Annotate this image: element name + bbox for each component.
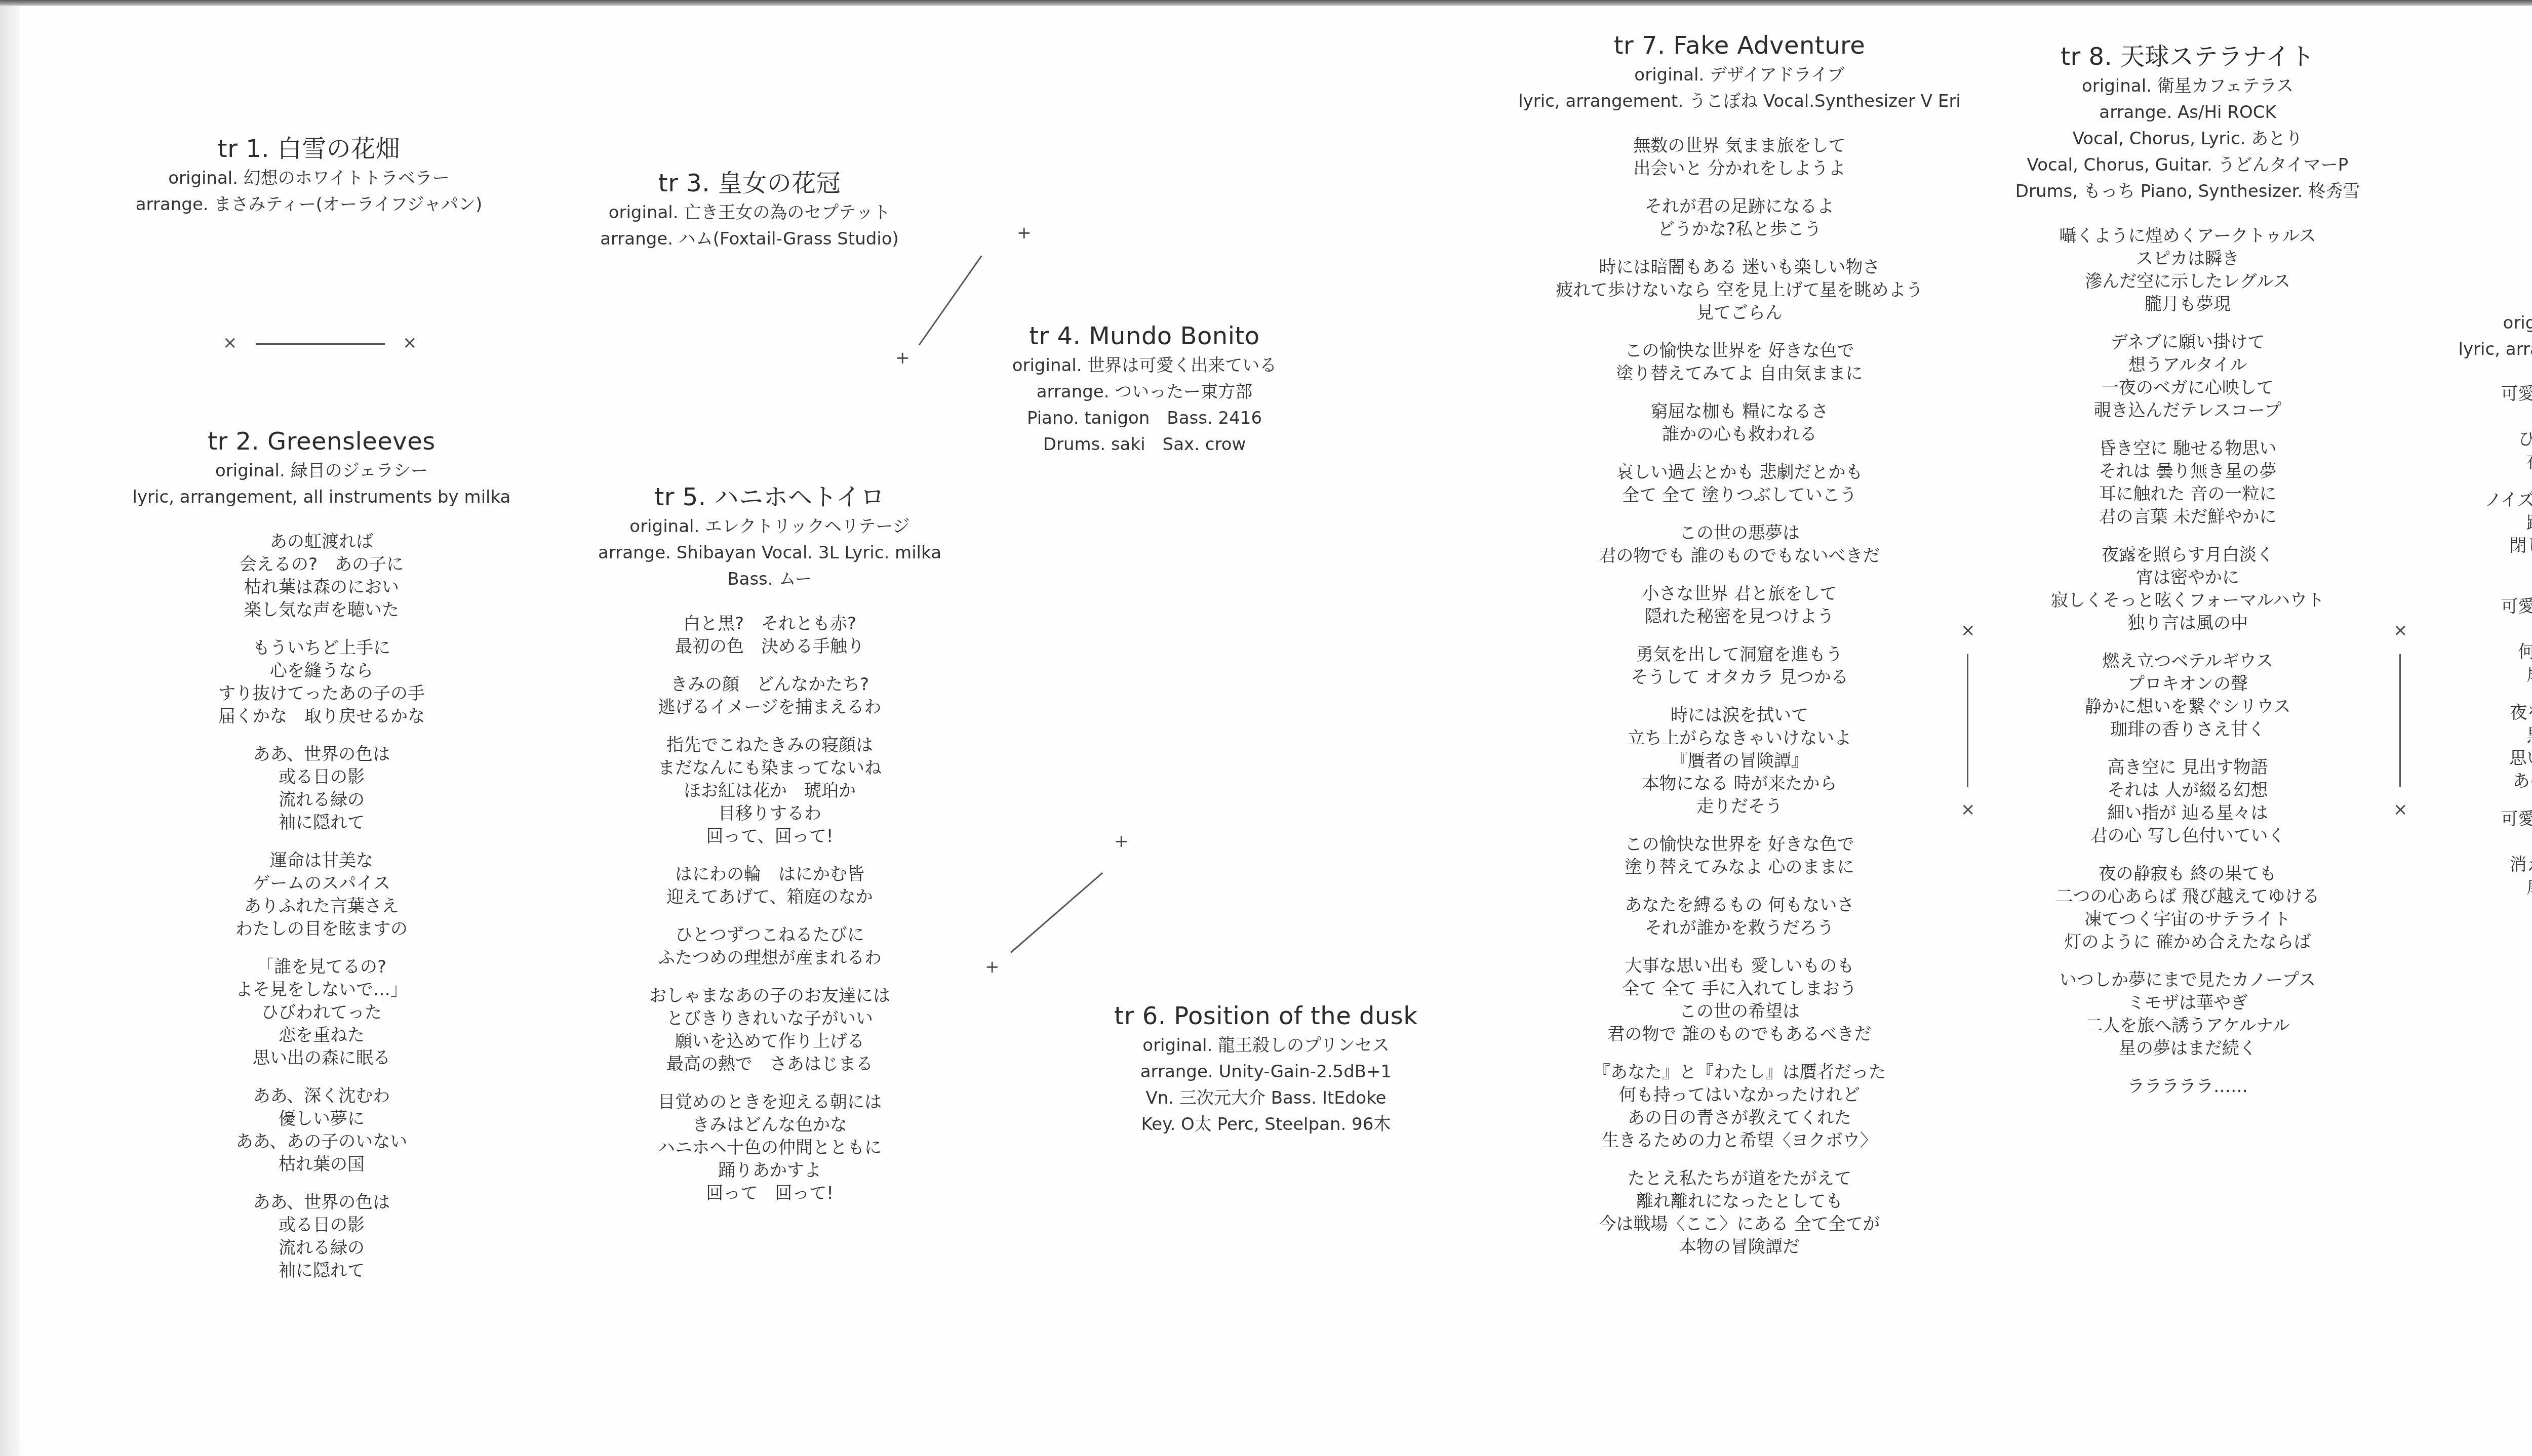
cross-mark: × — [223, 334, 238, 351]
lyric-line: 可愛いあの子の 我が儘ばかりのあの子の — [2436, 595, 2532, 618]
track-credit: original. エレクトリックヘリテージ — [587, 513, 952, 540]
lyric-stanza: ああ、世界の色は或る日の影流れる緑の袖に隠れて — [101, 1191, 542, 1282]
lyric-line: 君の物で 誰のものでもあるべきだ — [1514, 1023, 1965, 1046]
lyric-line: 大事な思い出も 愛しいものも — [1514, 955, 1965, 978]
lyric-stanza: ひとつずつこねるたびにふたつめの理想が産まれるわ — [587, 924, 952, 969]
lyric-line: 回って、回って! — [587, 825, 952, 848]
lyric-line: 袖に隠れて — [101, 812, 542, 834]
lyric-line: 細い指が 辿る星々は — [2005, 802, 2370, 825]
track-credit: arrange. As/Hi ROCK — [2005, 99, 2370, 126]
lyric-stanza: この愉快な世界を 好きな色で塗り替えてみてよ 自由気ままに — [1514, 340, 1965, 385]
lyric-stanza: あの虹渡れば会えるの? あの子に枯れ葉は森のにおい楽し気な声を聴いた — [101, 531, 542, 622]
lyric-stanza: 目覚めのときを迎える朝にはきみはどんな色かなハニホヘ十色の仲間とともに踊りあかす… — [587, 1091, 952, 1205]
lyric-line: 届くかな 取り戻せるかな — [101, 705, 542, 728]
track-credit: arrange. ハム(Foxtail-Grass Studio) — [582, 226, 917, 252]
track-6: tr 6. Position of the duskoriginal. 龍王殺し… — [1104, 1000, 1428, 1138]
lyric-line: 可愛いあの子の 我が儘ばかりのあの子の — [2436, 383, 2532, 406]
lyric-line: 流れる緑の — [101, 1237, 542, 1260]
lyric-line: すり抜けてったあの子の手 — [101, 682, 542, 705]
cross-mark: × — [1961, 622, 1975, 639]
lyric-line: きみはどんな色かな — [587, 1114, 952, 1137]
vertical-line — [2399, 654, 2401, 787]
lyric-line: 扉は開かない いつまでも開かない — [2436, 664, 2532, 686]
track-credit: arrange. Unity-Gain-2.5dB+1 — [1104, 1059, 1428, 1085]
lyric-line: ハニホヘ十色の仲間とともに — [587, 1137, 952, 1159]
lyric-line: 流れる緑の — [101, 789, 542, 812]
lyric-line: ノイズ交じりのラジオと 右に崩れたコバルト — [2436, 489, 2532, 512]
lyric-line: 時には涙を拭いて — [1514, 704, 1965, 727]
lyric-line: それが誰かを救うだろう — [1514, 917, 1965, 940]
lyric-line: まだなんにも染まってないね — [587, 757, 952, 780]
lyric-line: 立ち上がらなきゃいけないよ — [1514, 727, 1965, 750]
lyric-line: 全て 全て 塗りつぶしていこう — [1514, 484, 1965, 507]
cross-mark: × — [2393, 622, 2408, 639]
lyric-line: 君の物でも 誰のものでもないべきだ — [1514, 545, 1965, 568]
lyric-line: 静かに想いを繋ぐシリウス — [2005, 696, 2370, 718]
lyric-line: ふたつめの理想が産まれるわ — [587, 947, 952, 969]
lyric-line: 夜露を照らす月白淡く — [2005, 544, 2370, 567]
lyric-stanza: 小さな世界 君と旅をして隠れた秘密を見つけよう — [1514, 583, 1965, 628]
lyric-line: 朧月も夢現 — [2005, 293, 2370, 316]
lyric-line: 楽し気な声を聴いた — [101, 599, 542, 622]
track-credit: original. 幻想のホワイトトラベラー — [76, 165, 542, 191]
lyric-line: 思い出の森に眠る — [101, 1047, 542, 1070]
lyric-line: 寂しくそっと呟くフォーマルハウト — [2005, 589, 2370, 612]
lyric-line: 跳ねた鼓動に合わせて 破れた沈黙 — [2436, 512, 2532, 535]
lyric-stanza: 高き空に 見出す物語それは 人が綴る幻想細い指が 辿る星々は君の心 写し色付いて… — [2005, 756, 2370, 847]
lyric-line: 君の言葉 未だ鮮やかに — [2005, 506, 2370, 529]
lyric-stanza: あなたを縛るもの 何もないさそれが誰かを救うだろう — [1514, 894, 1965, 940]
lyric-stanza: 時には暗闇もある 迷いも楽しい物さ疲れて歩けないなら 空を見上げて星を眺めよう見… — [1514, 256, 1965, 325]
track-credit: Drums. saki Sax. crow — [982, 431, 1307, 458]
lyric-line: 滲んだ空に示したレグルス — [2005, 270, 2370, 293]
lyric-stanza: 「誰を見てるの?よそ見をしないで…」ひびわれてった恋を重ねた思い出の森に眠る — [101, 956, 542, 1070]
lyric-stanza: 白と黒? それとも赤?最初の色 決める手触り — [587, 613, 952, 658]
lyric-line: 何も持ってはいなかったけれど — [1514, 1084, 1965, 1107]
lyric-line: ラララララ…… — [2005, 1075, 2370, 1098]
lyric-stanza: 夜を跨いだ高下駄 高く掲げてプラズマ黒く塗りつぶされたよ 静かな水際思い立てば駆… — [2436, 702, 2532, 793]
track-credit: Vn. 三次元大介 Bass. ItEdoke — [1104, 1085, 1428, 1111]
lyric-line: ひとつずつこねるたびに — [587, 924, 952, 947]
lyric-line: 強く私を拒んだ 嫌い 嫌い 嫌い — [2436, 557, 2532, 580]
lyric-line: ああ、あの子のいない — [101, 1130, 542, 1153]
lyric-line: 裏側の顔 月が照らした顔 — [2436, 831, 2532, 854]
lyric-line: ほお紅は花か 琥珀か — [587, 780, 952, 802]
lyric-line: 一夜のベガに心映して — [2005, 377, 2370, 399]
lyric-line: 優しい夢に — [101, 1108, 542, 1130]
lyric-stanza: はにわの輪 はにかむ皆迎えてあげて、箱庭のなか — [587, 863, 952, 909]
plus-mark: + — [1114, 833, 1129, 850]
lyric-line: 枯れ葉は森のにおい — [101, 576, 542, 599]
lyric-line: 或る日の影 — [101, 766, 542, 789]
lyric-stanza: 囁くように煌めくアークトゥルススピカは瞬き滲んだ空に示したレグルス朧月も夢現 — [2005, 225, 2370, 316]
lyric-line: 願いを込めて作り上げる — [587, 1030, 952, 1053]
track-credit: lyric, arrangement, all instruments by m… — [101, 484, 542, 510]
lyric-stanza: ああ、深く沈むわ優しい夢にああ、あの子のいない枯れ葉の国 — [101, 1085, 542, 1176]
lyric-line: この愉快な世界を 好きな色で — [1514, 833, 1965, 856]
lyric-stanza: ああ、世界の色は或る日の影流れる緑の袖に隠れて — [101, 743, 542, 834]
lyric-line: それが君の足跡になるよ — [1514, 195, 1965, 218]
lyric-stanza: 『あなた』と『わたし』は贋者だった何も持ってはいなかったけれどあの日の青さが教え… — [1514, 1061, 1965, 1152]
lyric-line: 逃げるイメージを捕まえるわ — [587, 696, 952, 719]
lyric-stanza: おしゃまなあの子のお友達にはとびきりきれいな子がいい願いを込めて作り上げる最高の… — [587, 985, 952, 1076]
lyric-line: あの角で待ち伏せても 嫌い 嫌い 嫌い — [2436, 770, 2532, 793]
lyric-line: 二つの心あらば 飛び越えてゆける — [2005, 885, 2370, 908]
track-credit: arrange. まさみティー(オーライフジャパン) — [76, 191, 542, 218]
lyric-line: それは 曇り無き星の夢 — [2005, 460, 2370, 483]
lyric-stanza: 無数の世界 気まま旅をして出会いと 分かれをしようよ — [1514, 135, 1965, 180]
lyric-line: 小さな世界 君と旅をして — [1514, 583, 1965, 605]
scan-edge-left — [0, 6, 20, 1456]
lyric-line: 回って 回って! — [587, 1182, 952, 1205]
track-credit: original. 竹取飛翔 ～ Lunatic Princess — [2436, 310, 2532, 336]
lyric-stanza: 大事な思い出も 愛しいものも全て 全て 手に入れてしまおうこの世の希望は君の物で… — [1514, 955, 1965, 1046]
track-5: tr 5. ハニホヘトイロoriginal. エレクトリックヘリテージarran… — [587, 481, 952, 1220]
lyric-line: いつしか夢にまで見たカノープス — [2005, 969, 2370, 992]
track-credit: Vocal, Chorus, Lyric. あとり — [2005, 126, 2370, 152]
lyric-stanza: 可愛いあの子の 我が儘ばかりのあの子の裏側の顔 月が照らした顔消えない面影 見れ… — [2436, 808, 2532, 899]
lyric-line: 勇気を出して洞窟を進もう — [1514, 643, 1965, 666]
lyric-line: 枯れ葉の国 — [101, 1153, 542, 1176]
track-7: tr 7. Fake Adventureoriginal. デザイアドライブly… — [1514, 29, 1965, 1274]
track-credit: arrange. ついったー東方部 — [982, 379, 1307, 405]
cross-mark: × — [1961, 801, 1975, 818]
lyric-line: 指先でこねたきみの寝顔は — [587, 734, 952, 757]
lyric-stanza: たとえ私たちが道をたがえて離れ離れになったとしても今は戦場〈ここ〉にある 全て全… — [1514, 1167, 1965, 1259]
lyric-line: あなたを縛るもの 何もないさ — [1514, 894, 1965, 917]
lyric-line: 夜の静寂も 終の果ても — [2005, 863, 2370, 885]
lyric-line: ゲームのスパイス — [101, 872, 542, 895]
track-8: tr 8. 天球ステラナイトoriginal. 衛星カフェテラスarrange.… — [2005, 41, 2370, 1113]
lyric-line: 疲れて歩けないなら 空を見上げて星を眺めよう — [1514, 279, 1965, 302]
track-credit: arrange. Shibayan Vocal. 3L Lyric. milka — [587, 540, 952, 566]
track-credit: original. 世界は可愛く出来ている — [982, 352, 1307, 379]
lyric-line: 君の心 写し色付いていく — [2005, 825, 2370, 847]
lyric-line: 離れ離れになったとしても — [1514, 1190, 1965, 1213]
track-title: tr 9. 美しきもの — [2436, 277, 2532, 310]
lyric-line: 塗り替えてみなよ 心のままに — [1514, 856, 1965, 879]
lyric-line: 宵は密やかに — [2005, 567, 2370, 589]
lyrics: 白と黒? それとも赤?最初の色 決める手触りきみの顔 どんなかたち?逃げるイメー… — [587, 613, 952, 1205]
lyric-line: 燃え立つベテルギウス — [2005, 650, 2370, 673]
lyric-line: デネブに願い掛けて — [2005, 331, 2370, 354]
lyric-line: 目覚めのときを迎える朝には — [587, 1091, 952, 1114]
lyric-line: あの虹渡れば — [101, 531, 542, 553]
lyric-line: たとえ私たちが道をたがえて — [1514, 1167, 1965, 1190]
lyric-line: 耳に触れた 音の一粒に — [2005, 483, 2370, 506]
lyric-stanza: 指先でこねたきみの寝顔はまだなんにも染まってないねほお紅は花か 琥珀か目移りする… — [587, 734, 952, 848]
lyric-line: おしゃまなあの子のお友達には — [587, 985, 952, 1007]
track-credit: original. デザイアドライブ — [1514, 62, 1965, 88]
lyric-line: 目移りするわ — [587, 802, 952, 825]
lyric-line: 星の夢はまだ続く — [2005, 1037, 2370, 1060]
lyric-line: もういちど上手に — [101, 637, 542, 660]
lyric-line: 独り言は風の中 — [2005, 612, 2370, 635]
lyric-line: 『贋者の冒険譚』 — [1514, 750, 1965, 773]
lyric-line: とびきりきれいな子がいい — [587, 1007, 952, 1030]
lyric-line: 袖に隠れて — [101, 1260, 542, 1282]
lyric-line: 恋を重ねた — [101, 1024, 542, 1047]
cross-mark: × — [403, 334, 417, 351]
lyric-line: よそ見をしないで…」 — [101, 979, 542, 1001]
lyrics: 囁くように煌めくアークトゥルススピカは瞬き滲んだ空に示したレグルス朧月も夢現デネ… — [2005, 225, 2370, 1098]
lyric-line: 『あなた』と『わたし』は贋者だった — [1514, 1061, 1965, 1084]
lyric-line: 裏側の顔 月が照らした顔 — [2436, 618, 2532, 641]
track-2: tr 2. Greensleevesoriginal. 緑目のジェラシーlyri… — [101, 425, 542, 1298]
lyric-stanza: この世の悪夢は君の物でも 誰のものでもないべきだ — [1514, 522, 1965, 568]
track-credit: Drums, もっち Piano, Synthesizer. 柊秀雪 — [2005, 178, 2370, 205]
lyric-line: 窮屈な枷も 糧になるさ — [1514, 400, 1965, 423]
lyric-line: わたしの目を眩ますの — [101, 918, 542, 941]
lyric-stanza: 哀しい過去とかも 悲劇だとかも全て 全て 塗りつぶしていこう — [1514, 461, 1965, 507]
track-credit: Vocal, Chorus, Guitar. うどんタイマーP — [2005, 152, 2370, 178]
lyric-line: ミモザは華やぎ — [2005, 992, 2370, 1015]
lyric-line: 今は戦場〈ここ〉にある 全て全てが — [1514, 1213, 1965, 1236]
lyric-stanza: この愉快な世界を 好きな色で塗り替えてみなよ 心のままに — [1514, 833, 1965, 879]
lyric-stanza: 可愛いあの子の 我が儘ばかりのあの子の裏側の顔 月が照らした顔何より綺麗な 黄金… — [2436, 595, 2532, 686]
lyric-stanza: デネブに願い掛けて想うアルタイル一夜のベガに心映して覗き込んだテレスコープ — [2005, 331, 2370, 422]
lyric-line: あの日の青さが教えてくれた — [1514, 1107, 1965, 1129]
track-title: tr 8. 天球ステラナイト — [2005, 41, 2370, 73]
lyric-line: ああ、世界の色は — [101, 743, 542, 766]
lyric-line: 凍てつく宇宙のサテライト — [2005, 908, 2370, 931]
lyric-line: 可愛いあの子の 我が儘ばかりのあの子の — [2436, 808, 2532, 831]
track-1: tr 1. 白雪の花畑original. 幻想のホワイトトラベラーarrange… — [76, 133, 542, 218]
lyric-stanza: きみの顔 どんなかたち?逃げるイメージを捕まえるわ — [587, 673, 952, 719]
lyric-line: 会えるの? あの子に — [101, 553, 542, 576]
track-4: tr 4. Mundo Bonitooriginal. 世界は可愛く出来ているa… — [982, 320, 1307, 458]
lyric-stanza: 可愛いあの子の 我が儘ばかりのあの子の裏側の顔 月が照らした顔ひとつふたつと 数… — [2436, 383, 2532, 474]
track-credit: original. 龍王殺しのプリンセス — [1104, 1032, 1428, 1059]
lyric-stanza: 勇気を出して洞窟を進もうそうして オタカラ 見つかる — [1514, 643, 1965, 689]
track-title: tr 5. ハニホヘトイロ — [587, 481, 952, 513]
lyric-line: 塗り替えてみてよ 自由気ままに — [1514, 362, 1965, 385]
lyric-stanza: 昏き空に 馳せる物思いそれは 曇り無き星の夢耳に触れた 音の一粒に君の言葉 未だ… — [2005, 437, 2370, 529]
lyric-line: そうして オタカラ 見つかる — [1514, 666, 1965, 689]
lyric-line: スピカは瞬き — [2005, 248, 2370, 270]
lyric-line: 灯のように 確かめ合えたならば — [2005, 931, 2370, 954]
lyric-line: 覗き込んだテレスコープ — [2005, 399, 2370, 422]
lyric-line: きみの顔 どんなかたち? — [587, 673, 952, 696]
lyric-stanza: もういちど上手に心を縫うならすり抜けてったあの子の手届くかな 取り戻せるかな — [101, 637, 542, 728]
lyric-stanza: 夜の静寂も 終の果ても二つの心あらば 飛び越えてゆける凍てつく宇宙のサテライト灯… — [2005, 863, 2370, 954]
track-credit: original. 緑目のジェラシー — [101, 458, 542, 484]
scan-edge-top — [0, 0, 2532, 6]
lyric-line: 運命は甘美な — [101, 850, 542, 872]
track-credit: lyric, arrangement. うこぼね Vocal.Synthesiz… — [1514, 88, 1965, 114]
lyric-line: はにわの輪 はにかむ皆 — [587, 863, 952, 886]
lyric-line: 囁くように煌めくアークトゥルス — [2005, 225, 2370, 248]
lyric-line: 閉じた暗がりの中に 手から離れた焔に — [2436, 535, 2532, 557]
lyric-line: 本物になる 時が来たから — [1514, 773, 1965, 795]
lyric-line: この世の希望は — [1514, 1000, 1965, 1023]
lyric-line: 心を縫うなら — [101, 660, 542, 682]
track-credit: Bass. ムー — [587, 566, 952, 592]
lyric-line: 走りだそう — [1514, 795, 1965, 818]
lyric-line: 見てごらん — [1514, 302, 1965, 325]
lyric-line: 黒く塗りつぶされたよ 静かな水際 — [2436, 724, 2532, 747]
track-credit: lyric, arrangement, all instruments by じ… — [2436, 336, 2532, 362]
lyric-line: 高き空に 見出す物語 — [2005, 756, 2370, 779]
lyric-line: 迎えてあげて、箱庭のなか — [587, 886, 952, 909]
track-title: tr 3. 皇女の花冠 — [582, 167, 917, 199]
lyric-line: 夜空を映した 冷めた水を飲み干す — [2436, 451, 2532, 474]
lyric-line: ひとつふたつと 数えて渦巻く芥子粒 — [2436, 428, 2532, 451]
lyric-line: プロキオンの聲 — [2005, 673, 2370, 696]
lyrics: あの虹渡れば会えるの? あの子に枯れ葉は森のにおい楽し気な声を聴いたもういちど上… — [101, 531, 542, 1282]
lyric-line: ああ、世界の色は — [101, 1191, 542, 1214]
lyric-line: ああ、深く沈むわ — [101, 1085, 542, 1108]
lyric-line: 想うアルタイル — [2005, 354, 2370, 377]
lyric-line: 出会いと 分かれをしようよ — [1514, 157, 1965, 180]
lyric-line: 誰かの心も救われる — [1514, 423, 1965, 446]
lyric-line: 白と黒? それとも赤? — [587, 613, 952, 635]
lyric-line: 何より綺麗な 黄金の色のあの部屋の — [2436, 641, 2532, 664]
lyric-line: 全て 全て 手に入れてしまおう — [1514, 978, 1965, 1000]
lyric-line: 哀しい過去とかも 悲劇だとかも — [1514, 461, 1965, 484]
lyric-stanza: それが君の足跡になるよどうかな?私と歩こう — [1514, 195, 1965, 241]
lyric-line: 夜を跨いだ高下駄 高く掲げてプラズマ — [2436, 702, 2532, 724]
lyric-line: 昏き空に 馳せる物思い — [2005, 437, 2370, 460]
lyric-line: 無数の世界 気まま旅をして — [1514, 135, 1965, 157]
lyric-line: 消えない面影 見れば空はしらじら明け — [2436, 854, 2532, 876]
lyric-line: 裏側の顔 月が照らした顔 — [2436, 406, 2532, 428]
lyric-line: どうかな?私と歩こう — [1514, 218, 1965, 241]
track-3: tr 3. 皇女の花冠original. 亡き王女の為のセプテットarrange… — [582, 167, 917, 252]
plus-mark: + — [985, 958, 1000, 976]
vertical-line — [1967, 654, 1968, 787]
lyric-stanza: 時には涙を拭いて立ち上がらなきゃいけないよ『贋者の冒険譚』本物になる 時が来たか… — [1514, 704, 1965, 818]
lyric-line: それは 人が綴る幻想 — [2005, 779, 2370, 802]
lyric-stanza: いつしか夢にまで見たカノープスミモザは華やぎ二人を旅へ誘うアケルナル星の夢はまだ… — [2005, 969, 2370, 1060]
lyric-line: 生きるための力と希望〈ヨクボウ〉 — [1514, 1129, 1965, 1152]
lyric-line: 扉は開かない いつまでも開かない — [2436, 876, 2532, 899]
lyric-line: 踊りあかすよ — [587, 1159, 952, 1182]
lyric-line: 本物の冒険譚だ — [1514, 1236, 1965, 1259]
plus-mark: + — [1017, 224, 1032, 241]
track-title: tr 7. Fake Adventure — [1514, 29, 1965, 62]
track-title: tr 1. 白雪の花畑 — [76, 133, 542, 165]
track-title: tr 4. Mundo Bonito — [982, 320, 1307, 352]
track-credit: Key. O太 Perc, Steelpan. 96木 — [1104, 1111, 1428, 1138]
lyric-line: ひびわれてった — [101, 1001, 542, 1024]
lyric-line: 「誰を見てるの? — [101, 956, 542, 979]
track-credit: Piano. tanigon Bass. 2416 — [982, 405, 1307, 431]
lyric-line: 或る日の影 — [101, 1214, 542, 1237]
lyric-stanza: ノイズ交じりのラジオと 右に崩れたコバルト跳ねた鼓動に合わせて 破れた沈黙閉じた… — [2436, 489, 2532, 580]
lyric-line: この世の悪夢は — [1514, 522, 1965, 545]
lyric-stanza: 窮屈な枷も 糧になるさ誰かの心も救われる — [1514, 400, 1965, 446]
lyric-line: 隠れた秘密を見つけよう — [1514, 605, 1965, 628]
track-title: tr 2. Greensleeves — [101, 425, 542, 458]
lyric-line: 時には暗闇もある 迷いも楽しい物さ — [1514, 256, 1965, 279]
lyrics: 無数の世界 気まま旅をして出会いと 分かれをしようよそれが君の足跡になるよどうか… — [1514, 135, 1965, 1259]
lyric-line: 二人を旅へ誘うアケルナル — [2005, 1015, 2370, 1037]
track-9: tr 9. 美しきものoriginal. 竹取飛翔 ～ Lunatic Prin… — [2436, 277, 2532, 914]
cross-mark: × — [2393, 801, 2408, 818]
plus-mark: + — [895, 349, 910, 367]
lyric-line: 最初の色 決める手触り — [587, 635, 952, 658]
lyric-stanza: 運命は甘美なゲームのスパイスありふれた言葉さえわたしの目を眩ますの — [101, 850, 542, 941]
lyric-line: ありふれた言葉さえ — [101, 895, 542, 918]
lyric-stanza: 夜露を照らす月白淡く宵は密やかに寂しくそっと呟くフォーマルハウト独り言は風の中 — [2005, 544, 2370, 635]
track-credit: original. 衛星カフェテラス — [2005, 73, 2370, 99]
track-title: tr 6. Position of the dusk — [1104, 1000, 1428, 1032]
lyrics: 可愛いあの子の 我が儘ばかりのあの子の裏側の顔 月が照らした顔ひとつふたつと 数… — [2436, 383, 2532, 899]
lyric-line: 珈琲の香りさえ甘く — [2005, 718, 2370, 741]
lyric-stanza: ラララララ…… — [2005, 1075, 2370, 1098]
lyric-stanza: 燃え立つベテルギウスプロキオンの聲静かに想いを繋ぐシリウス珈琲の香りさえ甘く — [2005, 650, 2370, 741]
lyric-line: この愉快な世界を 好きな色で — [1514, 340, 1965, 362]
track-credit: original. 亡き王女の為のセプテット — [582, 199, 917, 226]
lyric-line: 最高の熱で さあはじまる — [587, 1053, 952, 1076]
lyric-line: 思い立てば駆け出して 迫る光を逃れて — [2436, 747, 2532, 770]
divider-line — [256, 343, 385, 345]
